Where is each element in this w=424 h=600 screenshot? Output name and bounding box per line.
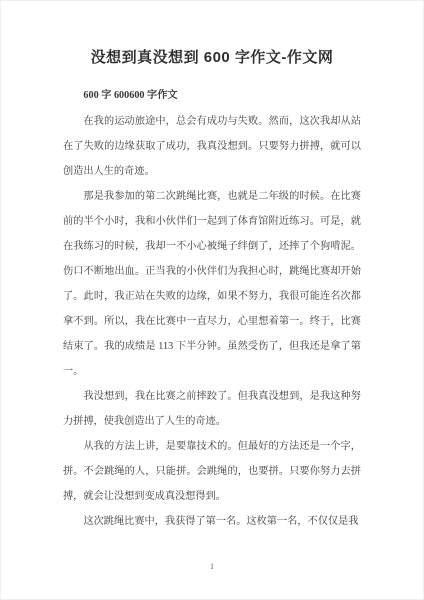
paragraph: 这次跳绳比赛中，我获得了第一名。这枚第一名，不仅仅是我	[63, 509, 361, 534]
document-subtitle: 600 字 600600 字作文	[63, 89, 361, 103]
document-content: 没想到真没想到 600 字作文-作文网 600 字 600600 字作文 在我的…	[1, 1, 423, 534]
paragraph: 在我的运动旅途中，总会有成功与失败。然而，这次我却从站在了失败的边缘获取了成功，…	[63, 109, 361, 184]
paragraph: 那是我参加的第二次跳绳比赛，也就是二年级的时候。在比赛前的半个小时，我和小伙伴们…	[63, 184, 361, 384]
document-body: 在我的运动旅途中，总会有成功与失败。然而，这次我却从站在了失败的边缘获取了成功，…	[63, 109, 361, 534]
document-title: 没想到真没想到 600 字作文-作文网	[63, 1, 361, 69]
paragraph: 从我的方法上讲，是要靠技术的。但最好的方法还是一个字，拼。不会跳绳的人，只能拼。…	[63, 434, 361, 509]
paragraph: 我没想到，我在比赛之前摔跤了。但我真没想到，是我这种努力拼搏，使我创造出了人生的…	[63, 384, 361, 434]
page-number: 1	[1, 561, 423, 571]
document-page: 没想到真没想到 600 字作文-作文网 600 字 600600 字作文 在我的…	[0, 0, 424, 600]
